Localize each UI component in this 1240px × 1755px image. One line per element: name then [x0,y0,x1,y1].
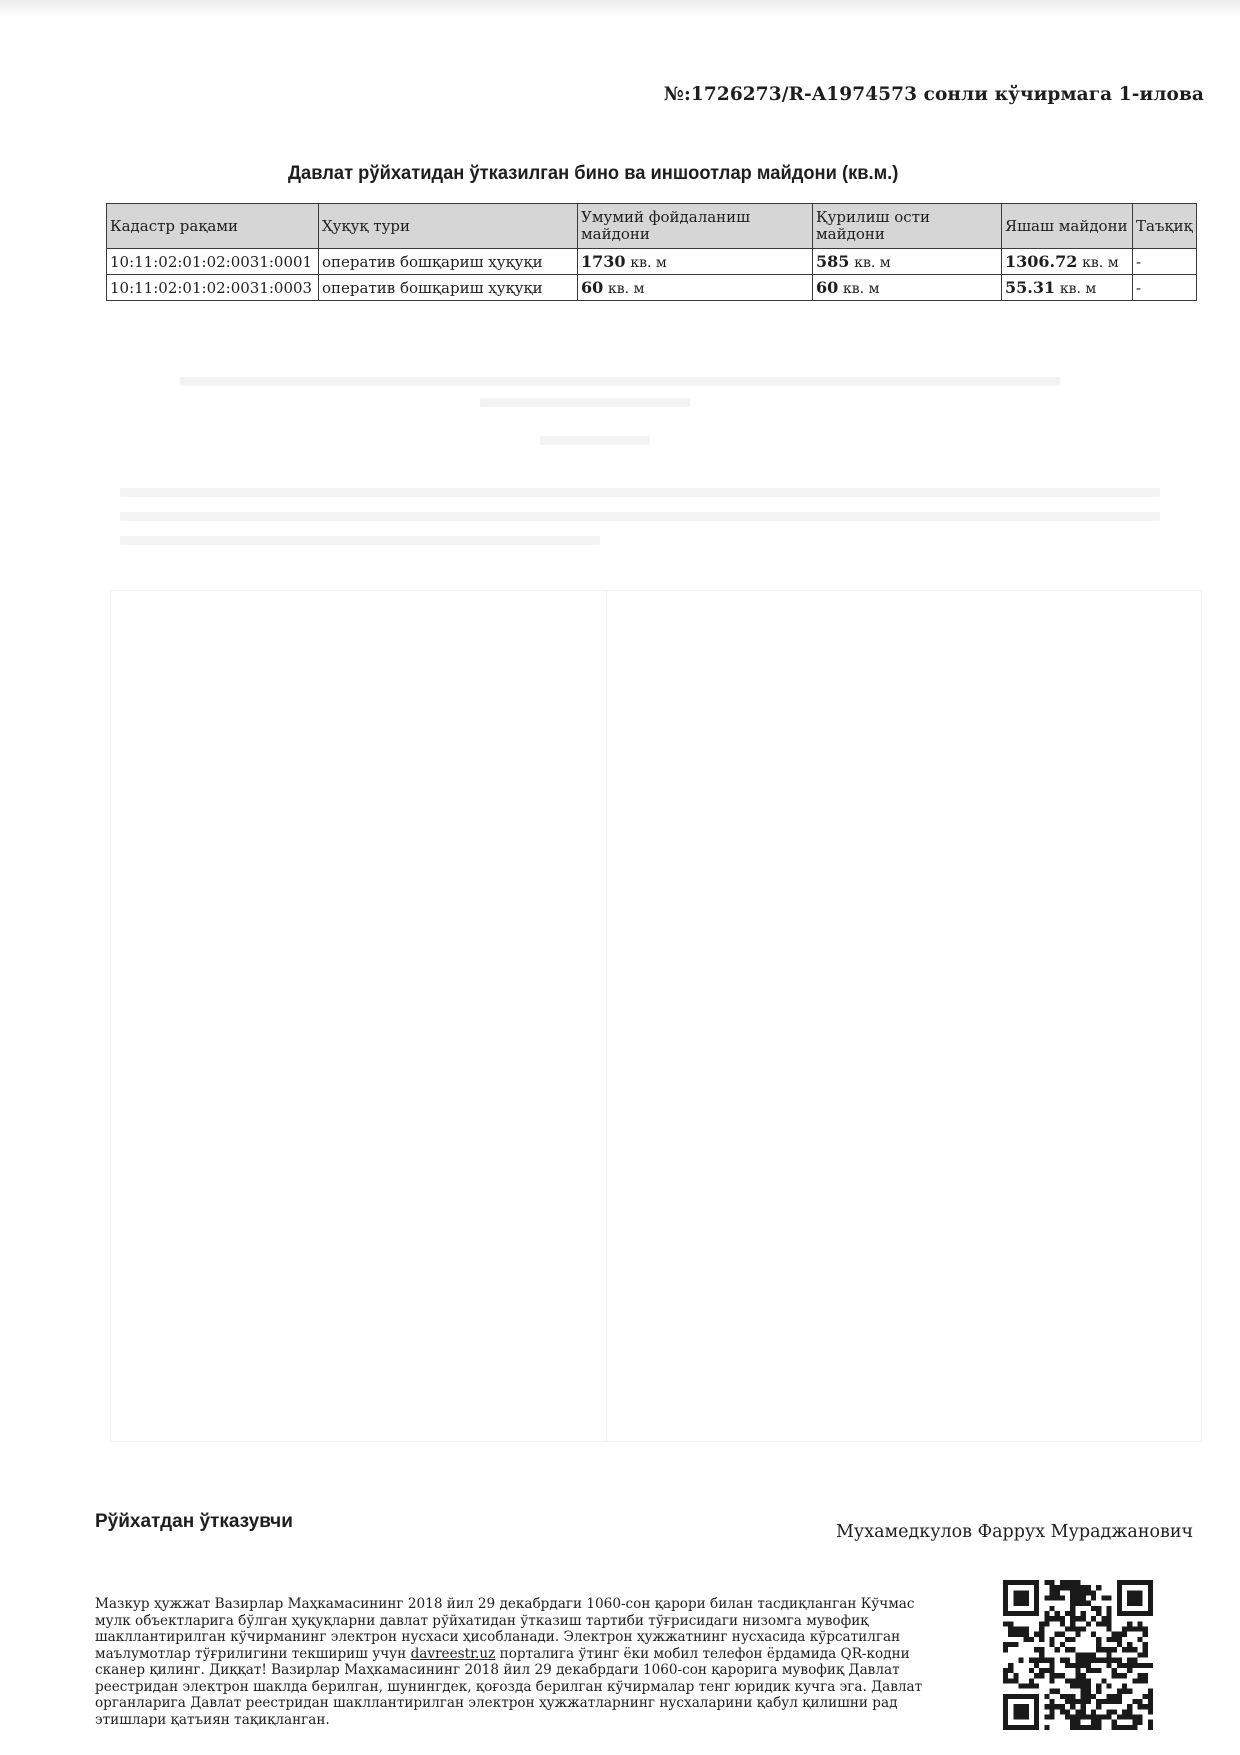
column-header: Қурилиш ости майдони [813,204,1002,249]
disclaimer-text: Мазкур ҳужжат Вазирлар Маҳкамасининг 201… [95,1596,945,1728]
column-header: Умумий фойдаланиш майдони [578,204,813,249]
column-header: Кадастр рақами [107,204,319,249]
table-row: 10:11:02:01:02:0031:0001 оператив бошқар… [107,249,1197,275]
cadastre-number: 10:11:02:01:02:0031:0003 [107,275,319,301]
living-area: 55.31 кв. м [1002,275,1133,301]
registrar-label: Рўйхатдан ўтказувчи [95,1511,293,1533]
cadastre-number: 10:11:02:01:02:0031:0001 [107,249,319,275]
qr-code-icon [1003,1580,1153,1730]
annex-reference: №:1726273/R-A1974573 сонли кўчирмага 1-и… [664,84,1204,105]
column-header: Ҳуқуқ тури [319,204,578,249]
document-title: Давлат рўйхатидан ўтказилган бино ва инш… [288,162,898,185]
registrar-name: Мухамедкулов Фаррух Мураджанович [836,1522,1193,1542]
prohibition: - [1133,275,1197,301]
total-area: 60 кв. м [578,275,813,301]
living-area: 1306.72 кв. м [1002,249,1133,275]
scan-top-edge [0,0,1240,18]
table-row: 10:11:02:01:02:0031:0003 оператив бошқар… [107,275,1197,301]
areas-table: Кадастр рақами Ҳуқуқ тури Умумий фойдала… [106,203,1197,301]
davreestr-link[interactable]: davreestr.uz [411,1646,496,1662]
prohibition: - [1133,249,1197,275]
column-header: Яшаш майдони [1002,204,1133,249]
total-area: 1730 кв. м [578,249,813,275]
built-area: 585 кв. м [813,249,1002,275]
column-header: Таъқиқ [1133,204,1197,249]
built-area: 60 кв. м [813,275,1002,301]
table-header-row: Кадастр рақами Ҳуқуқ тури Умумий фойдала… [107,204,1197,249]
right-type: оператив бошқариш ҳуқуқи [319,249,578,275]
right-type: оператив бошқариш ҳуқуқи [319,275,578,301]
